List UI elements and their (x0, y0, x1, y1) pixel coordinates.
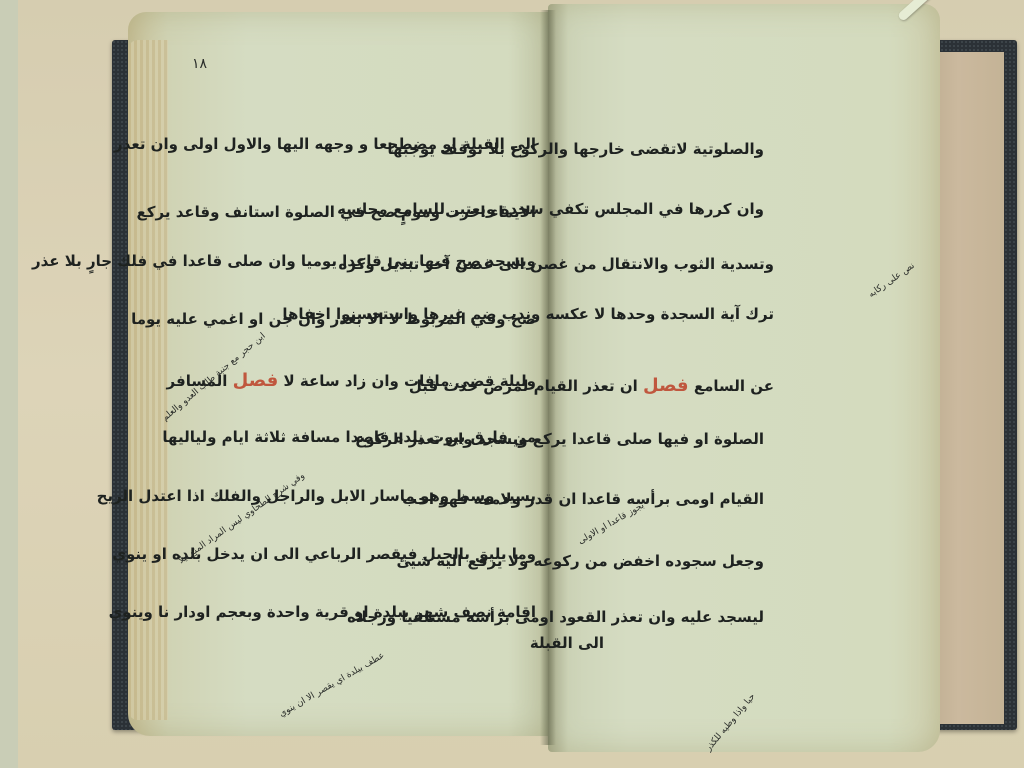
text-segment: عن السامع (694, 377, 774, 395)
section-heading: فصل (233, 370, 279, 391)
section-heading: فصل (643, 375, 689, 396)
text-line: ترك آية السجدة وحدها لا عكسه وندب ضم غير… (282, 305, 774, 323)
text-line: وتسدية الثوب والانتقال من غصن الى غصن آخ… (338, 255, 774, 273)
text-line: الى القبلة (530, 634, 604, 652)
text-line: والصلوتية لاتقضى خارجها والركوع بلا توقف… (387, 140, 764, 158)
text-line: الصلوة او فيها صلى قاعدا يركع ويسجد وان … (355, 430, 764, 448)
text-line: ليسجد عليه وان تعذر القعود اومى برأسه مس… (347, 608, 764, 626)
text-line: القيام اومى برأسه قاعدا ان قدر ولامعه فه… (402, 490, 764, 508)
background-strip (0, 0, 18, 768)
text-line: وجعل سجوده اخفض من ركوعه ولا يرفع اليه ش… (396, 552, 764, 570)
text-line: وان كررها في المجلس تكفي سجدة ويعتبر للس… (337, 200, 764, 218)
text-line: عن السامع فصل ان تعذر القيام لمرض حدث قب… (409, 375, 774, 396)
text-segment: ان تعذر القيام لمرض حدث قبل (409, 377, 638, 395)
folio-number: ١٨ (192, 56, 207, 72)
